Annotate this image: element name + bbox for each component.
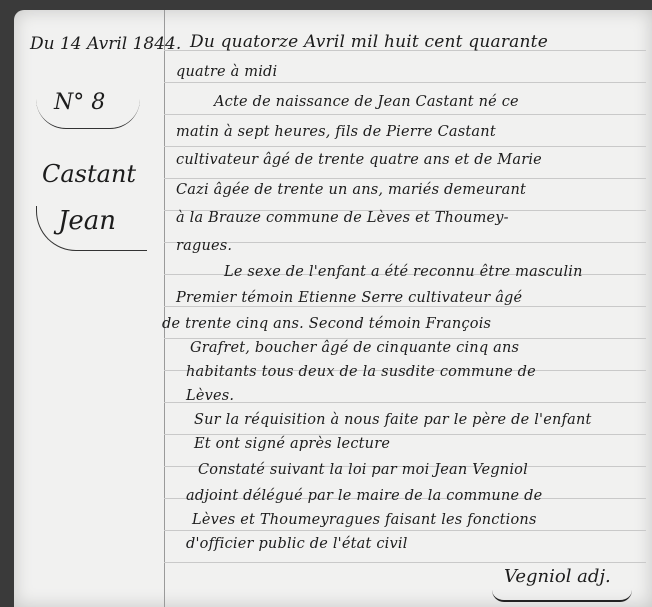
- body-line: Cazi âgée de trente un ans, mariés demeu…: [176, 182, 526, 198]
- body-line: quatre à midi: [176, 64, 277, 80]
- margin-rule: [164, 10, 165, 607]
- body-line: Et ont signé après lecture: [194, 436, 390, 452]
- body-line: Le sexe de l'enfant a été reconnu être m…: [224, 264, 583, 280]
- ruled-line: [164, 306, 646, 307]
- ruled-line: [164, 434, 646, 435]
- record-number: N° 8: [54, 90, 105, 115]
- body-line: Sur la réquisition à nous faite par le p…: [194, 412, 592, 428]
- margin-given-name: Jean: [58, 206, 116, 236]
- ruled-line: [164, 114, 646, 115]
- body-line: Lèves.: [186, 388, 234, 404]
- margin-surname: Castant: [42, 160, 136, 188]
- ruled-line: [164, 402, 646, 403]
- body-line: Lèves et Thoumeyragues faisant les fonct…: [192, 512, 537, 528]
- signature-flourish: [492, 590, 632, 602]
- register-page: Du 14 Avril 1844. N° 8 Castant Jean Du q…: [14, 10, 652, 607]
- margin-date: Du 14 Avril 1844.: [30, 34, 181, 54]
- body-line: à la Brauze commune de Lèves et Thoumey-: [176, 210, 509, 226]
- ruled-line: [164, 242, 646, 243]
- ruled-line: [164, 178, 646, 179]
- ruled-line: [164, 530, 646, 531]
- ruled-line: [164, 82, 646, 83]
- body-line: d'officier public de l'état civil: [186, 536, 408, 552]
- body-line: Du quatorze Avril mil huit cent quarante: [190, 32, 548, 52]
- body-line: adjoint délégué par le maire de la commu…: [186, 488, 542, 504]
- body-line: habitants tous deux de la susdite commun…: [186, 364, 536, 380]
- body-line: Premier témoin Etienne Serre cultivateur…: [176, 290, 522, 306]
- body-line: Constaté suivant la loi par moi Jean Veg…: [198, 462, 528, 478]
- ruled-line: [164, 146, 646, 147]
- body-line: Grafret, boucher âgé de cinquante cinq a…: [190, 340, 519, 356]
- body-line: ragues.: [176, 238, 232, 254]
- body-line: matin à sept heures, fils de Pierre Cast…: [176, 124, 496, 140]
- body-line: de trente cinq ans. Second témoin Franço…: [162, 316, 491, 332]
- signature: Vegniol adj.: [504, 566, 611, 587]
- body-line: cultivateur âgé de trente quatre ans et …: [176, 152, 542, 168]
- ruled-line: [164, 562, 646, 563]
- body-line: Acte de naissance de Jean Castant né ce: [214, 94, 519, 110]
- ruled-line: [164, 338, 646, 339]
